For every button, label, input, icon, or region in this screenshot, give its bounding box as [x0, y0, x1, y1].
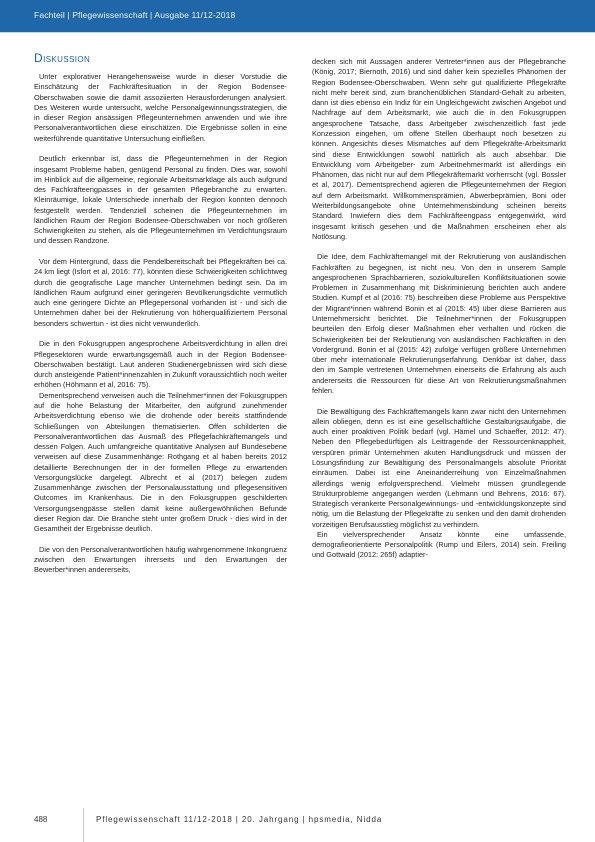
paragraph: Die in den Fokusgruppen angesprochene Ar… — [34, 339, 287, 390]
running-head: Fachteil | Pflegewissenschaft | Ausgabe … — [34, 10, 235, 20]
paragraph: Die Idee, dem Fachkräftemangel mit der R… — [312, 252, 566, 396]
paragraph: Ein vielversprechender Ansatz könnte ein… — [312, 530, 566, 561]
page-number: 488 — [34, 815, 47, 824]
paragraph: decken sich mit Aussagen anderer Vertret… — [312, 57, 566, 242]
right-column: decken sich mit Aussagen anderer Vertret… — [312, 57, 566, 561]
paragraph: Dementsprechend verweisen auch die Teiln… — [34, 391, 287, 535]
left-column: Unter explorativer Herangehensweise wurd… — [34, 72, 287, 576]
footer-divider — [83, 808, 84, 842]
footer-publication: Pflegewissenschaft 11/12-2018 | 20. Jahr… — [96, 815, 382, 824]
paragraph: Deutlich erkennbar ist, dass die Pflegeu… — [34, 154, 287, 247]
paragraph: Die von den Personalverantwortlichen häu… — [34, 545, 287, 576]
paragraph: Vor dem Hintergrund, dass die Pendelbere… — [34, 257, 287, 329]
paragraph: Unter explorativer Herangehensweise wurd… — [34, 72, 287, 144]
section-title: Diskussion — [34, 51, 90, 65]
paragraph: Die Bewältigung des Fachkräftemangels ka… — [312, 407, 566, 530]
running-header-bar: Fachteil | Pflegewissenschaft | Ausgabe … — [0, 0, 595, 33]
